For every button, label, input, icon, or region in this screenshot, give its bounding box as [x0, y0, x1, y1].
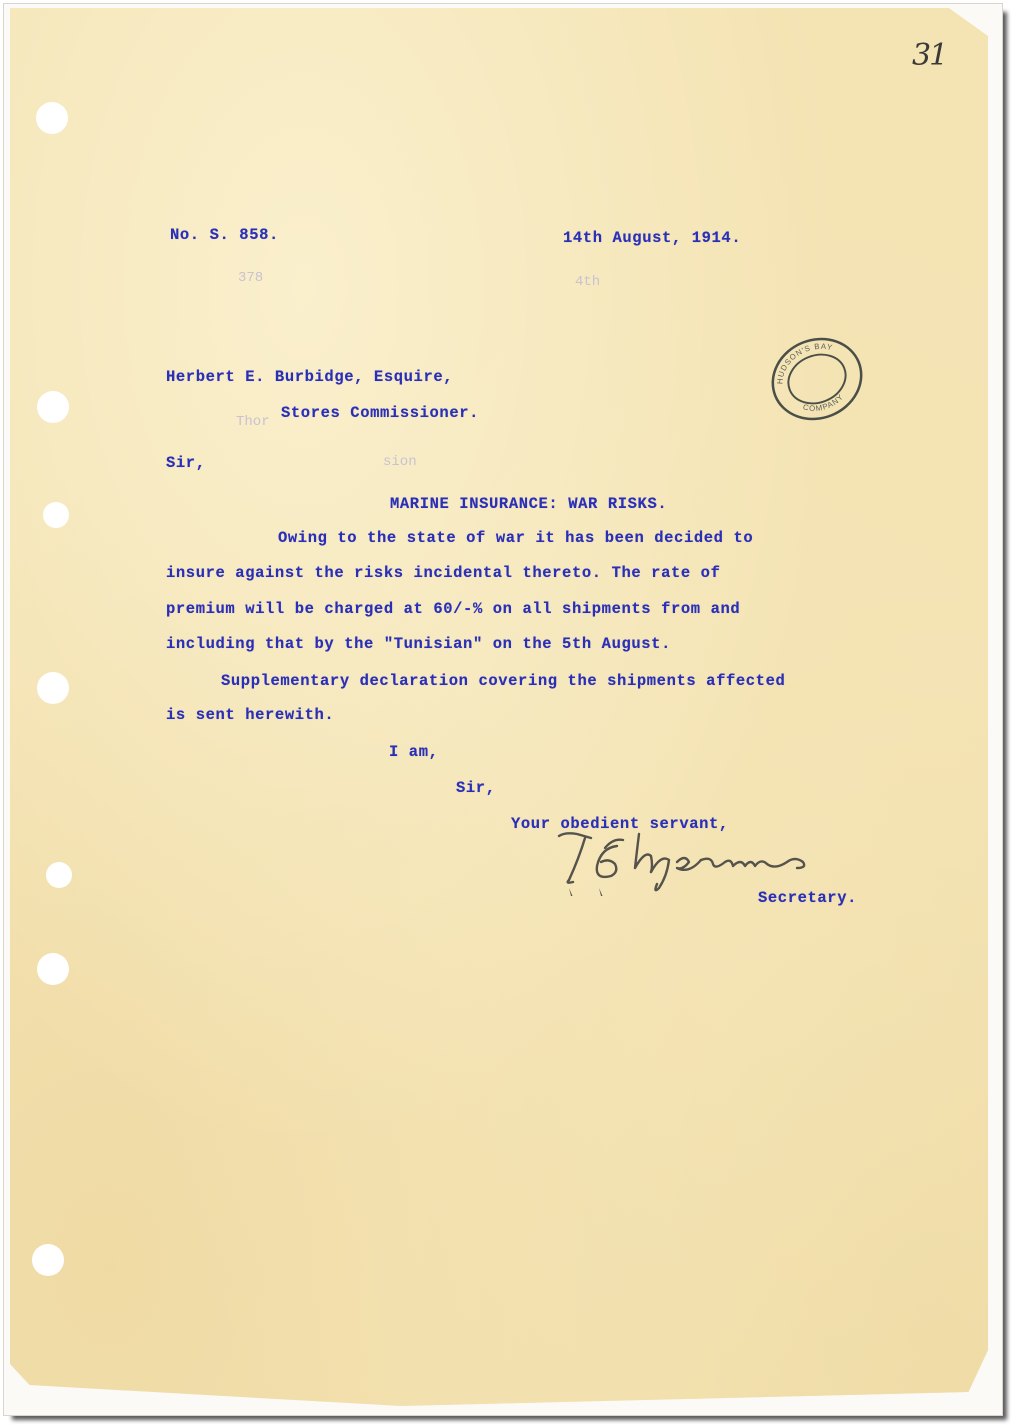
reference-number: No. S. 858. — [170, 226, 279, 244]
svg-text:COMPANY: COMPANY — [799, 387, 847, 419]
punch-hole — [37, 391, 69, 423]
faint-reference: 378 — [238, 270, 263, 286]
closing-sir: Sir, — [456, 779, 496, 797]
body-line: Supplementary declaration covering the s… — [221, 672, 785, 690]
body-line: Owing to the state of war it has been de… — [278, 529, 753, 547]
subject-line: MARINE INSURANCE: WAR RISKS. — [390, 495, 667, 513]
body-line: insure against the risks incidental ther… — [166, 564, 720, 582]
letter-date: 14th August, 1914. — [563, 229, 741, 247]
body-line: premium will be charged at 60/-% on all … — [166, 600, 740, 618]
document-viewer: 31 No. S. 858. 14th August, 1914. 378 4t… — [0, 0, 1013, 1426]
letter-page — [10, 8, 988, 1406]
handwritten-page-number: 31 — [912, 38, 946, 73]
punch-hole — [37, 953, 69, 985]
faint-date: 4th — [575, 274, 600, 290]
recipient-name: Herbert E. Burbidge, Esquire, — [166, 368, 453, 386]
show-through-text: Thor — [236, 414, 270, 430]
punch-hole — [36, 102, 68, 134]
body-line: including that by the "Tunisian" on the … — [166, 635, 671, 653]
body-line: is sent herewith. — [166, 706, 334, 724]
salutation: Sir, — [166, 454, 206, 472]
handwritten-signature-icon — [555, 828, 855, 898]
punch-hole — [37, 672, 69, 704]
signatory-title: Secretary. — [758, 889, 857, 907]
punch-hole — [32, 1244, 64, 1276]
show-through-text: sion — [383, 454, 417, 470]
punch-hole — [46, 862, 72, 888]
closing-i-am: I am, — [389, 743, 439, 761]
punch-hole — [43, 502, 69, 528]
recipient-title: Stores Commissioner. — [281, 404, 479, 422]
